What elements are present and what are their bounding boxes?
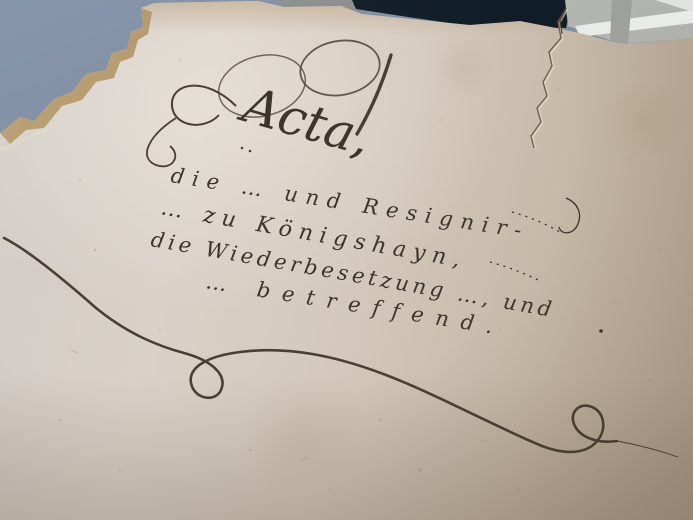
signature-flourish-tail [617,441,678,457]
under-pages-edge [0,122,58,150]
manuscript-title: Acta, [233,75,378,168]
paper-crack [531,8,568,149]
ink-layer: Acta, die … und Resignir- … zu Königshay… [0,0,693,520]
manuscript-photo: Acta, die … und Resignir- … zu Königshay… [0,0,693,520]
